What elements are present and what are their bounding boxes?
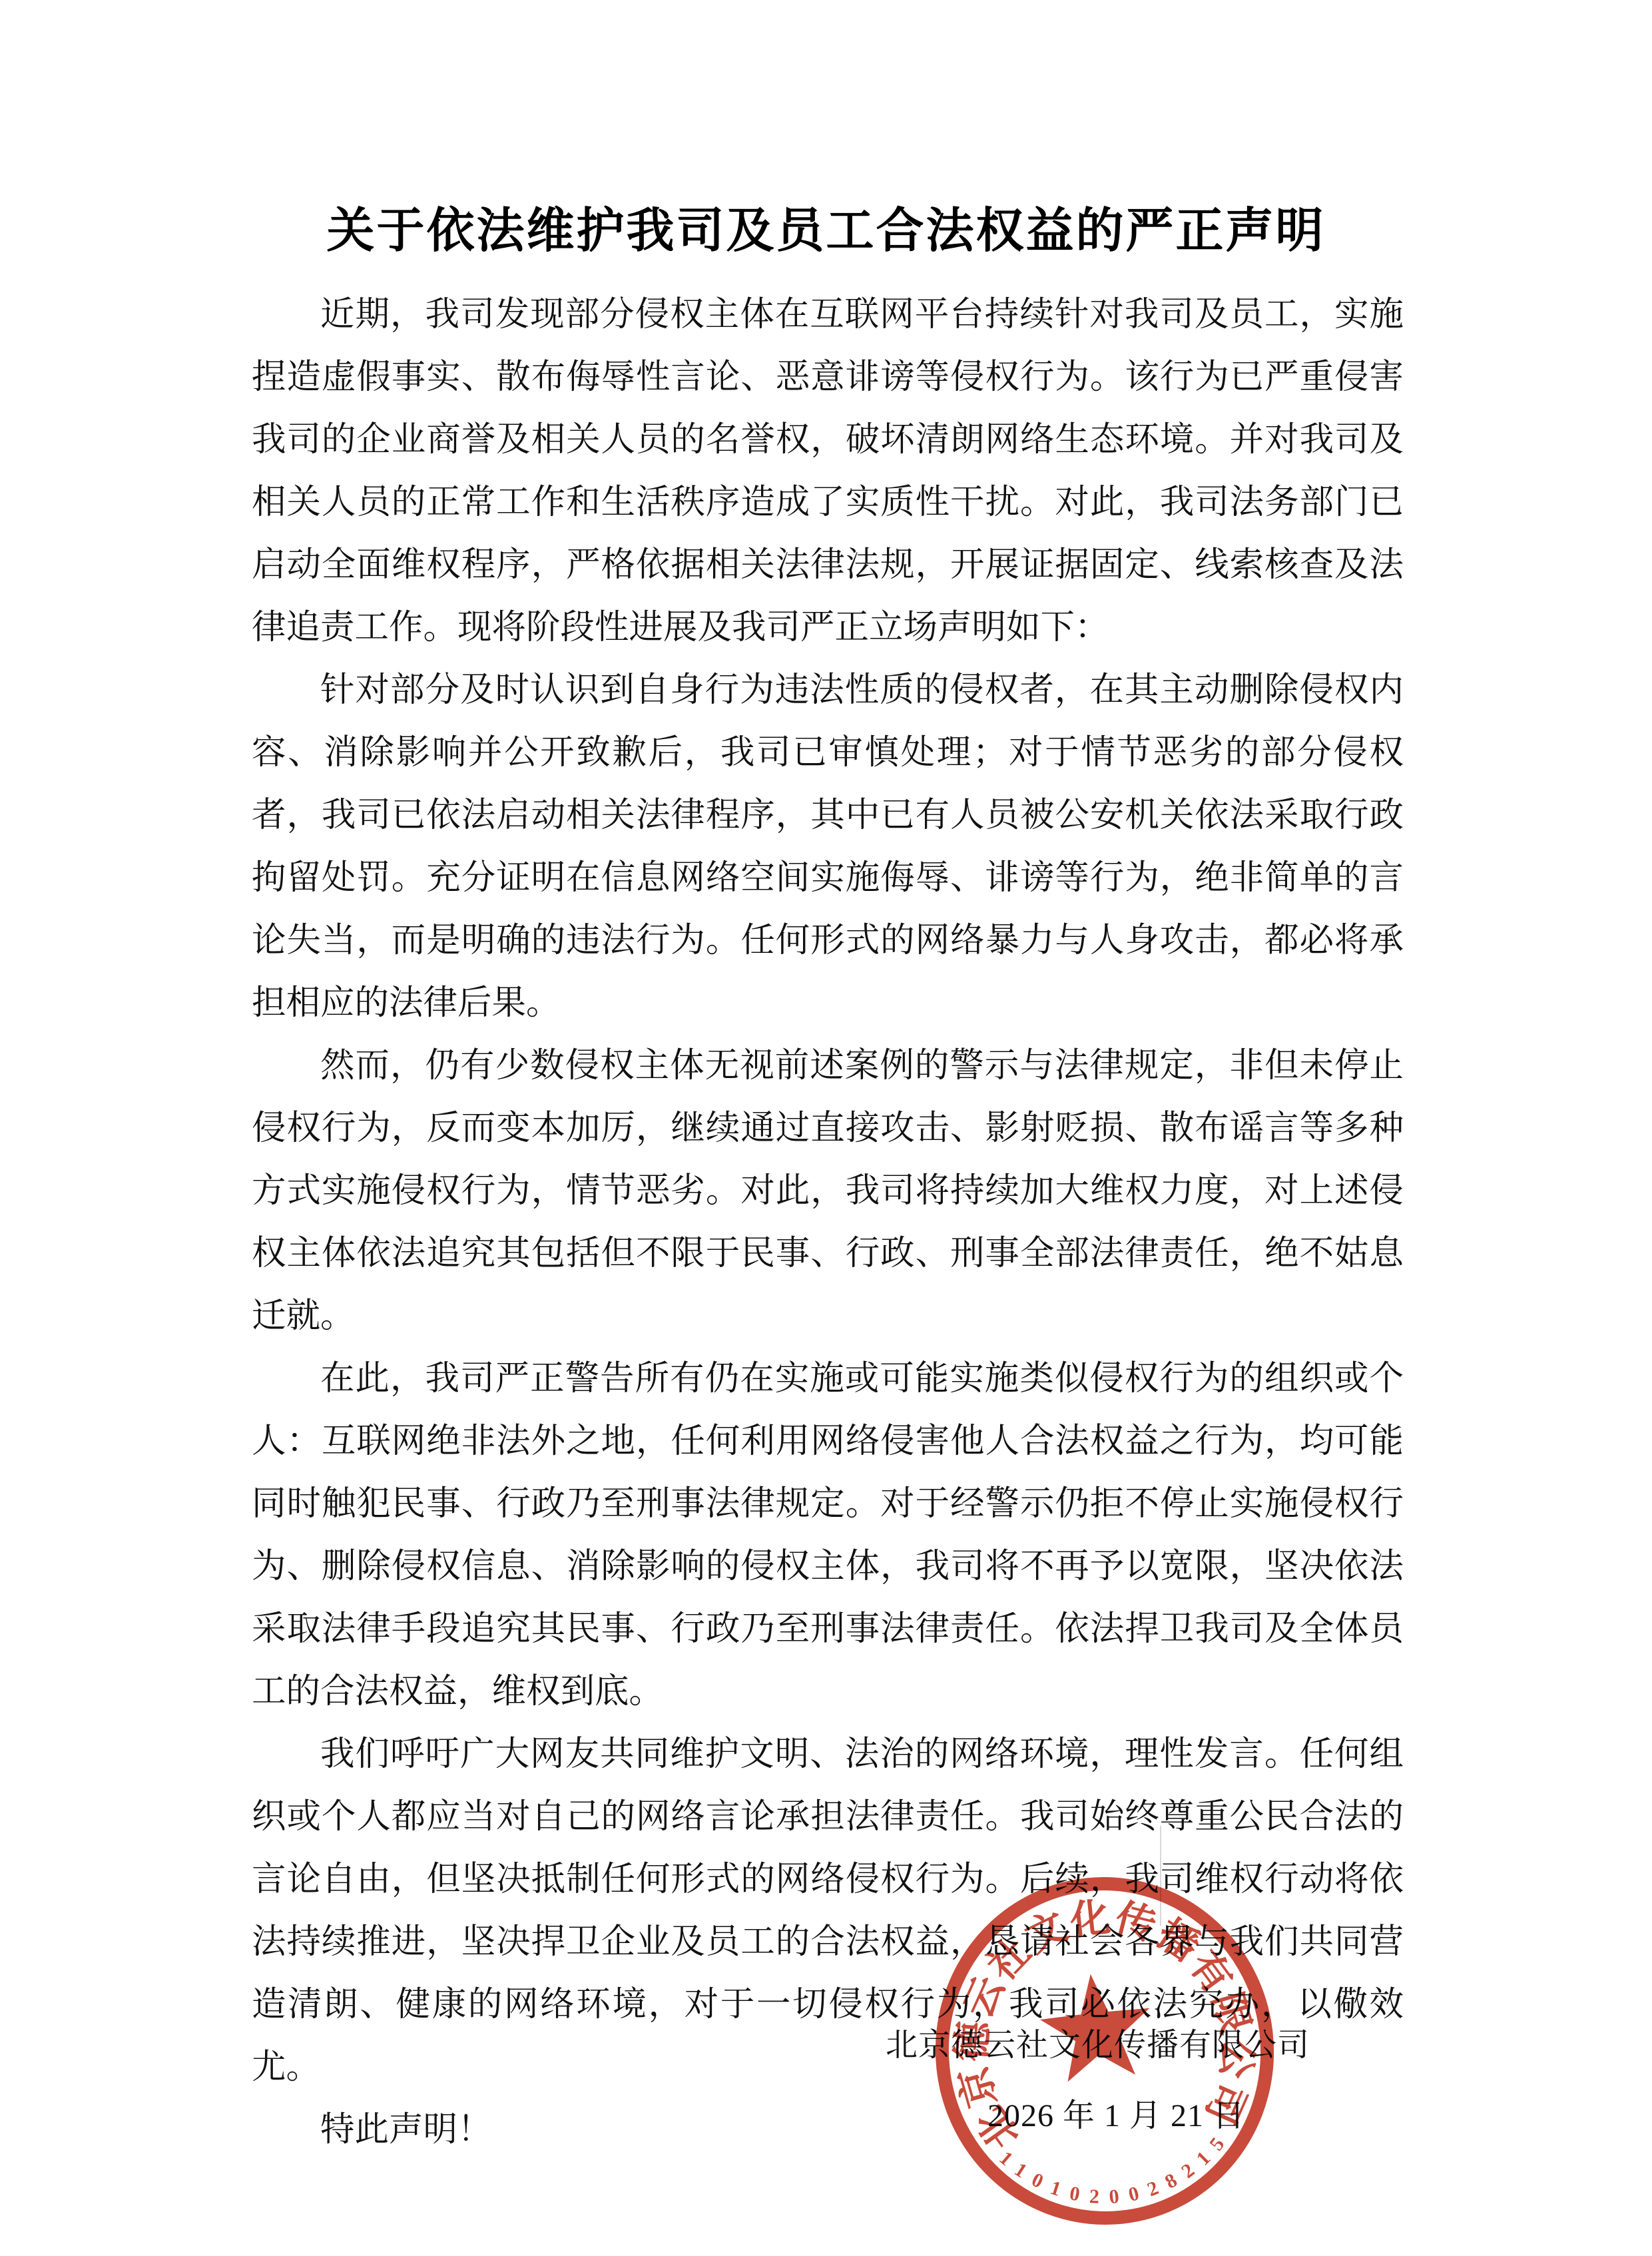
seal-star-icon [1036, 1968, 1157, 2084]
paragraph-2: 针对部分及时认识到自身行为违法性质的侵权者，在其主动删除侵权内容、消除影响并公开… [252, 659, 1404, 1035]
paragraph-3: 然而，仍有少数侵权主体无视前述案例的警示与法律规定，非但未停止侵权行为，反而变本… [252, 1035, 1404, 1348]
paragraph-4: 在此，我司严正警告所有仍在实施或可能实施类似侵权行为的组织或个人：互联网绝非法外… [252, 1348, 1404, 1723]
paragraph-1: 近期，我司发现部分侵权主体在互联网平台持续针对我司及员工，实施捏造虚假事实、散布… [252, 284, 1404, 659]
document-title: 关于依法维护我司及员工合法权益的严正声明 [0, 205, 1652, 258]
document-page: 关于依法维护我司及员工合法权益的严正声明 近期，我司发现部分侵权主体在互联网平台… [0, 0, 1652, 2256]
company-seal: 北京德云社文化传播有限公司 1101020028215 [906, 1846, 1303, 2255]
